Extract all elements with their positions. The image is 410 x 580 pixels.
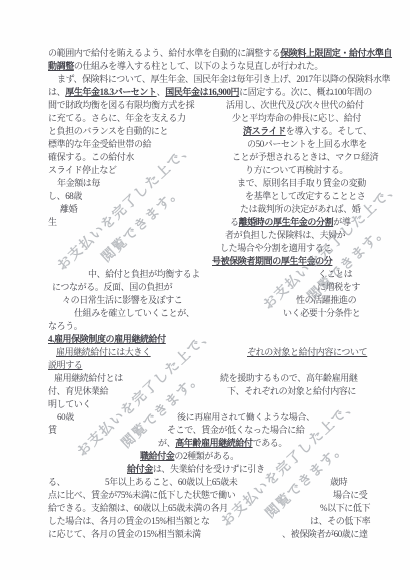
payment-watermark: お支払いを完了した上で、閲覧できます。 xyxy=(52,137,216,294)
document-page: の範囲内で給付を賄えるよう、給付水準を自動的に調整する保険料上限固定・給付水準自… xyxy=(0,0,410,580)
watermark-layer: お支払いを完了した上で、閲覧できます。お支払いを完了した上で、閲覧できます。お支… xyxy=(0,0,410,580)
payment-watermark: お支払いを完了した上で、閲覧できます。 xyxy=(216,393,380,550)
payment-watermark: お支払いを完了した上で、閲覧できます。 xyxy=(72,323,236,480)
payment-watermark: お支払いを完了した上で、閲覧できます。 xyxy=(258,176,410,333)
